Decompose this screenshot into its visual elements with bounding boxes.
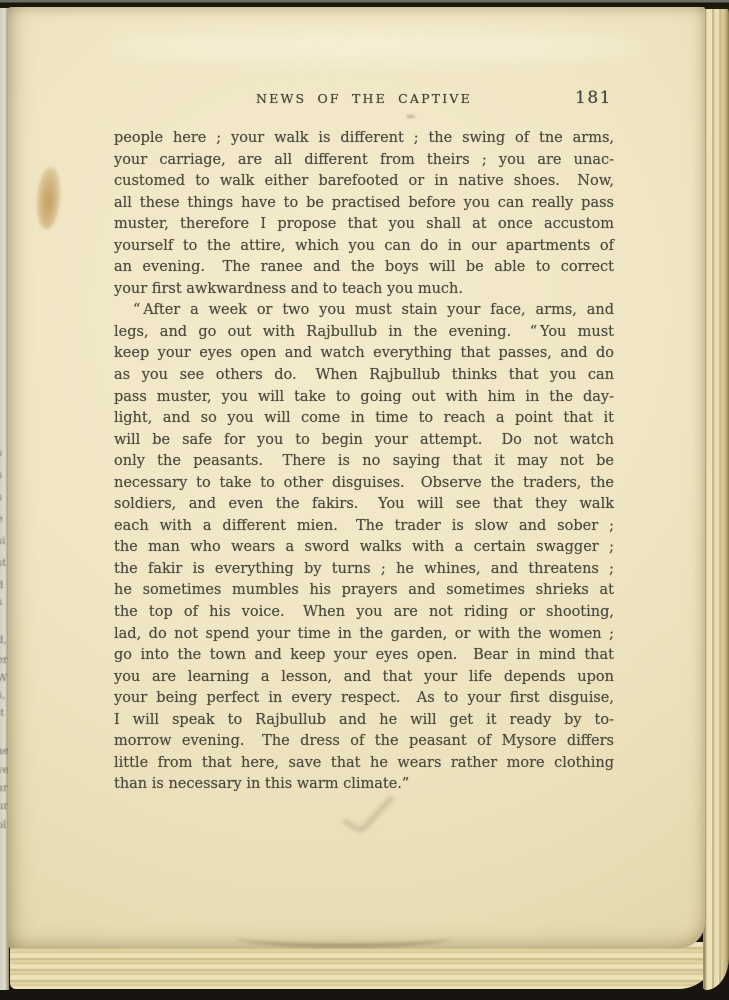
text-line: your carriage, are all different from th… [114,150,614,172]
facing-page-letter-fragment: d [0,581,3,591]
text-line: your being perfect in every respect. As … [114,688,614,710]
text-line: all these things have to be practised be… [114,193,614,215]
facing-page-letter-fragment: er [0,656,8,666]
facing-page-letter-fragment: ur [0,802,8,812]
text-line: he sometimes mumbles his prayers and som… [114,580,614,602]
text-line: go into the town and keep your eyes open… [114,645,614,667]
running-header-title: NEWS OF THE CAPTIVE [114,91,614,106]
text-line: your first awkwardness and to teach you … [114,279,614,301]
book-page: NEWS OF THE CAPTIVE 181 people here ; yo… [8,7,705,948]
text-line: than is necessary in this warm climate.” [114,774,614,796]
paper-light-streak [103,33,648,61]
book-bottom-page-edges [10,942,718,989]
page-number: 181 [575,88,612,108]
facing-page-letter-fragment: s [0,471,2,481]
facing-page-letter-fragment: s, [0,691,5,701]
facing-page-letter-fragment: W [0,674,7,684]
text-line: the top of his voice. When you are not r… [114,602,614,624]
text-line: the man who wears a sword walks with a c… [114,537,614,559]
text-line: the fakir is everything by turns ; he wh… [114,559,614,581]
facing-page-letter-fragment: ol [0,821,6,831]
facing-page-letter-fragment: s [0,598,2,608]
page-curl-shadow [236,928,451,947]
text-line: yourself to the attire, which you can do… [114,236,614,258]
text-line: morrow evening. The dress of the peasant… [114,731,614,753]
text-line: people here ; your walk is different ; t… [114,128,614,150]
text-line: soldiers, and even the fakirs. You will … [114,494,614,516]
facing-page-letter-fragment: e [0,515,3,525]
text-line: muster, therefore I propose that you sha… [114,214,614,236]
text-line: customed to walk either barefooted or in… [114,171,614,193]
text-line: legs, and go out with Rajbullub in the e… [114,322,614,344]
text-line: you are learning a lesson, and that your… [114,667,614,689]
text-line: “ After a week or two you must stain you… [114,300,614,322]
smudge-mark [406,115,415,118]
text-line: as you see others do. When Rajbullub thi… [114,365,614,387]
text-line: I will speak to Rajbullub and he will ge… [114,710,614,732]
text-line: only the peasants. There is no saying th… [114,451,614,473]
text-line: lad, do not spend your time in the garde… [114,624,614,646]
facing-page-letter-fragment: it [0,709,4,719]
facing-page-letter-fragment: s [0,449,2,459]
scanned-book-page-photo: -sssesistdsd,erWs,itaevear-urol NEWS OF … [0,0,729,1000]
facing-page-letter-fragment: s [0,493,2,503]
facing-page-letter-fragment: st [0,559,6,569]
text-line: each with a different mien. The trader i… [114,516,614,538]
text-line: necessary to take to other disguises. Ob… [114,473,614,495]
text-line: pass muster, you will take to going out … [114,387,614,409]
page-header: NEWS OF THE CAPTIVE 181 [114,91,614,113]
text-line: light, and so you will come in time to r… [114,408,614,430]
text-line: keep your eyes open and watch everything… [114,343,614,365]
body-text-block: people here ; your walk is different ; t… [114,128,614,796]
facing-page-letter-fragment: si [0,537,5,547]
paper-stain [35,166,62,229]
facing-page-letter-fragment: d, [0,636,7,646]
book-right-page-edges [703,3,729,990]
text-line: little from that here, save that he wear… [114,753,614,775]
text-line: will be safe for you to begin your attem… [114,430,614,452]
text-line: an evening. The ranee and the boys will … [114,257,614,279]
